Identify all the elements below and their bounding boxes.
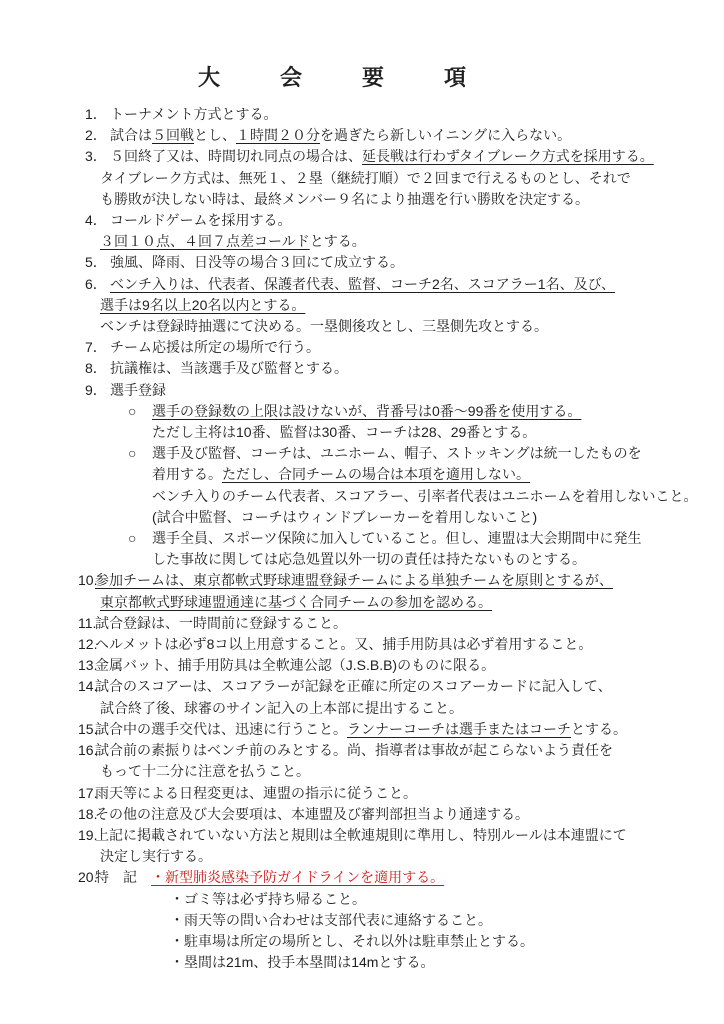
item-row: 選手は9名以上20名以内とする。 bbox=[0, 295, 724, 316]
text-segment: も勝敗が決しない時は、最終メンバー９名により抽選を行い勝敗を決定する。 bbox=[100, 191, 589, 207]
text-segment: ヘルメットは必ず8コ以上用意すること。又、捕手用防具は必ず着用すること。 bbox=[95, 636, 592, 652]
item-row: 決定し実行する。 bbox=[0, 846, 724, 867]
item-row: ・駐車場は所定の場所とし、それ以外は駐車禁止とする。 bbox=[0, 931, 724, 952]
text-segment: 選手登録 bbox=[110, 382, 166, 398]
item-number: 3． bbox=[85, 146, 110, 167]
text-segment: 延長戦は行わずタイブレーク方式を採用する。 bbox=[362, 148, 654, 164]
item-row: 7．チーム応援は所定の場所で行う。 bbox=[0, 337, 724, 358]
text-segment: 試合は bbox=[110, 127, 152, 143]
item-row: ベンチ入りのチーム代表者、スコアラー、引率者代表はユニホームを着用しないこと。 bbox=[0, 486, 724, 507]
item-row: ・ゴミ等は必ず持ち帰ること。 bbox=[0, 889, 724, 910]
item-row: ○選手全員、スポーツ保険に加入していること。但し、連盟は大会期間中に発生 bbox=[0, 528, 724, 549]
item-row: 9．選手登録 bbox=[0, 380, 724, 401]
text-segment: ５回終了又は、時間切れ同点の場合は、 bbox=[110, 148, 362, 164]
text-segment: ・新型肺炎感染予防ガイドラインを適用する。 bbox=[151, 869, 444, 885]
item-row: 8．抗議権は、当該選手及び監督とする。 bbox=[0, 358, 724, 379]
item-row: 19.上記に掲載されていない方法と規則は全軟連規則に準用し、特別ルールは本連盟に… bbox=[0, 825, 724, 846]
item-row: 3．５回終了又は、時間切れ同点の場合は、延長戦は行わずタイブレーク方式を採用する… bbox=[0, 146, 724, 167]
item-row: もって十二分に注意を払うこと。 bbox=[0, 761, 724, 782]
text-segment: 東京都軟式野球連盟通達に基づく合同チームの参加を認める。 bbox=[100, 594, 492, 610]
text-segment: 抗議権は、当該選手及び監督とする。 bbox=[110, 360, 348, 376]
text-segment: 着用する。 bbox=[152, 466, 222, 482]
item-row: 2．試合は５回戦とし、１時間２０分を過ぎたら新しいイニングに入らない。 bbox=[0, 125, 724, 146]
text-segment: ３回１０点、４回７点差コールド bbox=[100, 233, 310, 249]
text-segment: (試合中監督、コーチはウィンドブレーカーを着用しないこと) bbox=[152, 509, 537, 525]
item-number: 13. bbox=[78, 655, 95, 676]
item-row: 6．ベンチ入りは、代表者、保護者代表、監督、コーチ2名、スコアラー1名、及び、 bbox=[0, 274, 724, 295]
item-number: 19. bbox=[78, 825, 95, 846]
item-row: (試合中監督、コーチはウィンドブレーカーを着用しないこと) bbox=[0, 507, 724, 528]
item-number: 2． bbox=[85, 125, 110, 146]
item-number: 14. bbox=[78, 676, 95, 697]
text-segment: 上記に掲載されていない方法と規則は全軟連規則に準用し、特別ルールは本連盟にて bbox=[95, 827, 627, 843]
item-number: 7． bbox=[85, 337, 110, 358]
text-segment: トーナメント方式とする。 bbox=[110, 106, 277, 122]
item-number: 18. bbox=[78, 804, 95, 825]
text-segment: 特 記 bbox=[95, 869, 151, 885]
item-row: タイブレーク方式は、無死１、２塁（継続打順）で２回まで行えるものとし、それで bbox=[0, 168, 724, 189]
text-segment: チーム応援は所定の場所で行う。 bbox=[110, 339, 320, 355]
item-number: 12. bbox=[78, 634, 95, 655]
text-segment: ベンチは登録時抽選にて決める。一塁側後攻とし、三塁側先攻とする。 bbox=[100, 318, 548, 334]
item-number: 10. bbox=[78, 570, 95, 591]
text-segment: ・ゴミ等は必ず持ち帰ること。 bbox=[170, 891, 366, 907]
item-number: 8． bbox=[85, 358, 110, 379]
item-number: 15. bbox=[78, 719, 95, 740]
text-segment: ・塁間は21m、投手本塁間は14mとする。 bbox=[170, 954, 434, 970]
item-number: 6． bbox=[85, 274, 110, 295]
text-segment: その他の注意及び大会要項は、本連盟及び審判部担当より通達する。 bbox=[95, 806, 529, 822]
item-row: 5．強風、降雨、日没等の場合３回にて成立する。 bbox=[0, 252, 724, 273]
text-segment: ベンチ入りのチーム代表者、スコアラー、引率者代表はユニホームを着用しないこと。 bbox=[152, 488, 697, 504]
document-page: 大会要項 1．トーナメント方式とする。2．試合は５回戦とし、１時間２０分を過ぎた… bbox=[0, 0, 724, 1024]
text-segment: とする。 bbox=[571, 721, 627, 737]
text-segment: とする。 bbox=[310, 233, 366, 249]
item-row: ○選手の登録数の上限は設けないが、背番号は0番～99番を使用する。 bbox=[0, 401, 724, 422]
items-container: 1．トーナメント方式とする。2．試合は５回戦とし、１時間２０分を過ぎたら新しいイ… bbox=[0, 104, 724, 973]
text-segment: 試合前の素振りはベンチ前のみとする。尚、指導者は事故が起こらないよう責任を bbox=[95, 742, 613, 758]
item-row: ○選手及び監督、コーチは、ユニホーム、帽子、ストッキングは統一したものを bbox=[0, 443, 724, 464]
item-row: した事故に関しては応急処置以外一切の責任は持たないものとする。 bbox=[0, 549, 724, 570]
item-number: 1． bbox=[85, 104, 110, 125]
item-row: 16.試合前の素振りはベンチ前のみとする。尚、指導者は事故が起こらないよう責任を bbox=[0, 740, 724, 761]
text-segment: 選手及び監督、コーチは、ユニホーム、帽子、ストッキングは統一したものを bbox=[152, 445, 642, 461]
item-row: 11.試合登録は、一時間前に登録すること。 bbox=[0, 613, 724, 634]
bullet-circle: ○ bbox=[128, 528, 152, 549]
item-row: 12.ヘルメットは必ず8コ以上用意すること。又、捕手用防具は必ず着用すること。 bbox=[0, 634, 724, 655]
text-segment: 金属バット、捕手用防具は全軟連公認（J.S.B.B)のものに限る。 bbox=[95, 657, 495, 673]
text-segment: 試合終了後、球審のサイン記入の上本部に提出すること。 bbox=[100, 700, 463, 716]
text-segment: ・駐車場は所定の場所とし、それ以外は駐車禁止とする。 bbox=[170, 933, 534, 949]
text-segment: コールドゲームを採用する。 bbox=[110, 212, 291, 228]
text-segment: 強風、降雨、日没等の場合３回にて成立する。 bbox=[110, 254, 404, 270]
bullet-circle: ○ bbox=[128, 401, 152, 422]
item-row: 着用する。ただし、合同チームの場合は本項を適用しない。 bbox=[0, 464, 724, 485]
text-segment: 試合中の選手交代は、迅速に行うこと。 bbox=[95, 721, 347, 737]
text-segment: 参加チームは、東京都軟式野球連盟登録チームによる単独チームを原則とするが、 bbox=[95, 572, 613, 588]
item-row: 20.特 記 ・新型肺炎感染予防ガイドラインを適用する。 bbox=[0, 867, 724, 888]
page-title: 大会要項 bbox=[0, 0, 724, 94]
text-segment: 選手全員、スポーツ保険に加入していること。但し、連盟は大会期間中に発生 bbox=[152, 530, 641, 546]
item-row: ・塁間は21m、投手本塁間は14mとする。 bbox=[0, 952, 724, 973]
text-segment: ベンチ入りは、代表者、保護者代表、監督、コーチ2名、スコアラー1名、及び、 bbox=[110, 276, 615, 292]
item-row: 1．トーナメント方式とする。 bbox=[0, 104, 724, 125]
item-row: 東京都軟式野球連盟通達に基づく合同チームの参加を認める。 bbox=[0, 592, 724, 613]
text-segment: ただし主将は10番、監督は30番、コーチは28、29番とする。 bbox=[152, 424, 536, 440]
text-segment: 試合登録は、一時間前に登録すること。 bbox=[95, 615, 347, 631]
item-row: 試合終了後、球審のサイン記入の上本部に提出すること。 bbox=[0, 698, 724, 719]
text-segment: 雨天等による日程変更は、連盟の指示に従うこと。 bbox=[95, 785, 417, 801]
item-number: 20. bbox=[78, 867, 95, 888]
item-number: 9． bbox=[85, 380, 110, 401]
item-row: ただし主将は10番、監督は30番、コーチは28、29番とする。 bbox=[0, 422, 724, 443]
item-row: 4．コールドゲームを採用する。 bbox=[0, 210, 724, 231]
item-number: 5． bbox=[85, 252, 110, 273]
text-segment: とし、 bbox=[194, 127, 236, 143]
text-segment: もって十二分に注意を払うこと。 bbox=[100, 763, 310, 779]
text-segment: タイブレーク方式は、無死１、２塁（継続打順）で２回まで行えるものとし、それで bbox=[100, 170, 631, 186]
item-row: 15.試合中の選手交代は、迅速に行うこと。ランナーコーチは選手またはコーチとする… bbox=[0, 719, 724, 740]
item-row: も勝敗が決しない時は、最終メンバー９名により抽選を行い勝敗を決定する。 bbox=[0, 189, 724, 210]
text-segment: を過ぎたら新しいイニングに入らない。 bbox=[320, 127, 571, 143]
item-row: 14.試合のスコアーは、スコアラーが記録を正確に所定のスコアーカードに記入して、 bbox=[0, 676, 724, 697]
item-row: 13.金属バット、捕手用防具は全軟連公認（J.S.B.B)のものに限る。 bbox=[0, 655, 724, 676]
item-row: ・雨天等の問い合わせは支部代表に連絡すること。 bbox=[0, 910, 724, 931]
item-row: ３回１０点、４回７点差コールドとする。 bbox=[0, 231, 724, 252]
item-number: 17. bbox=[78, 783, 95, 804]
item-row: 17.雨天等による日程変更は、連盟の指示に従うこと。 bbox=[0, 783, 724, 804]
item-number: 11. bbox=[78, 613, 95, 634]
item-row: ベンチは登録時抽選にて決める。一塁側後攻とし、三塁側先攻とする。 bbox=[0, 316, 724, 337]
text-segment: 試合のスコアーは、スコアラーが記録を正確に所定のスコアーカードに記入して、 bbox=[95, 678, 612, 694]
item-number: 16. bbox=[78, 740, 95, 761]
text-segment: ただし、合同チームの場合は本項を適用しない。 bbox=[222, 466, 530, 482]
text-segment: ５回戦 bbox=[152, 127, 194, 143]
text-segment: １時間２０分 bbox=[236, 127, 320, 143]
item-number: 4． bbox=[85, 210, 110, 231]
text-segment: ランナーコーチは選手またはコーチ bbox=[347, 721, 571, 737]
text-segment: した事故に関しては応急処置以外一切の責任は持たないものとする。 bbox=[152, 551, 586, 567]
item-row: 18.その他の注意及び大会要項は、本連盟及び審判部担当より通達する。 bbox=[0, 804, 724, 825]
text-segment: 選手の登録数の上限は設けないが、背番号は0番～99番を使用する。 bbox=[152, 403, 581, 419]
text-segment: ・雨天等の問い合わせは支部代表に連絡すること。 bbox=[170, 912, 492, 928]
bullet-circle: ○ bbox=[128, 443, 152, 464]
item-row: 10.参加チームは、東京都軟式野球連盟登録チームによる単独チームを原則とするが、 bbox=[0, 570, 724, 591]
text-segment: 選手は9名以上20名以内とする。 bbox=[100, 297, 305, 313]
text-segment: 決定し実行する。 bbox=[100, 848, 212, 864]
